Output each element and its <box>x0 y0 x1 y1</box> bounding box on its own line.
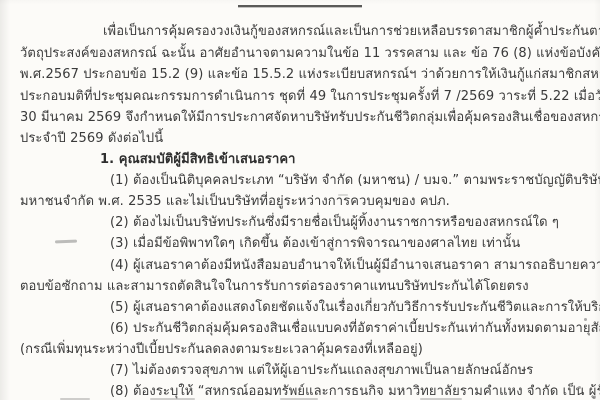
document-page: เพื่อเป็นการคุ้มครองวงเงินกู้ของสหกรณ์แล… <box>0 0 600 400</box>
intro-line-5: 30 มีนาคม 2569 จึงกำหนดให้มีการประกาศจัด… <box>20 108 600 128</box>
intro-line-4: ประกอบมติที่ประชุมคณะกรรมการดำเนินการ ชุ… <box>20 87 600 107</box>
item-7-line-1: (7) ไม่ต้องตรวจสุขภาพ แต่ให้ผู้เอาประกัน… <box>110 361 533 381</box>
item-2-line-1: (2) ต้องไม่เป็นบริษัทประกันซึ่งมีรายชื่อ… <box>110 213 559 233</box>
top-divider-line <box>238 5 362 7</box>
scan-smudge-mark <box>338 194 348 196</box>
item-4-line-1: (4) ผู้เสนอราคาต้องมีหนังสือมอบอำนาจให้เ… <box>110 256 600 276</box>
item-4-line-2: ตอบข้อซักถาม และสามารถตัดสินใจในการรับกา… <box>20 277 529 297</box>
scan-smudge-mark <box>55 240 77 244</box>
scan-speck <box>578 386 581 389</box>
intro-line-3: พ.ศ.2567 ประกอบข้อ 15.2 (9) และข้อ 15.5.… <box>20 65 600 85</box>
item-1-line-1: (1) ต้องเป็นนิติบุคคลประเภท “บริษัท จำกั… <box>110 171 600 191</box>
item-1-line-2: มหาชนจำกัด พ.ศ. 2535 และไม่เป็นบริษัทที่… <box>20 192 450 212</box>
item-6-line-2: (กรณีเพิ่มทุนระหว่างปีเบี้ยประกันลดลงตาม… <box>20 340 423 360</box>
intro-line-6: ประจำปี 2569 ดังต่อไปนี้ <box>20 129 163 149</box>
item-5-line-1: (5) ผู้เสนอราคาต้องแสดงโดยชัดแจ้งในเรื่อ… <box>110 298 600 318</box>
item-3-line-1: (3) เมื่อมีข้อพิพาทใดๆ เกิดขึ้น ต้องเข้า… <box>110 234 520 254</box>
intro-line-2: วัตถุประสงค์ของสหกรณ์ ฉะนั้น อาศัยอำนาจต… <box>20 44 600 64</box>
item-6-line-1: (6) ประกันชีวิตกลุ่มคุ้มครองสินเชื่อแบบค… <box>110 319 600 339</box>
section-heading: 1. คุณสมบัติผู้มีสิทธิเข้าเสนอราคา <box>100 150 296 170</box>
scan-speck <box>584 318 587 321</box>
intro-line-1: เพื่อเป็นการคุ้มครองวงเงินกู้ของสหกรณ์แล… <box>103 22 600 42</box>
